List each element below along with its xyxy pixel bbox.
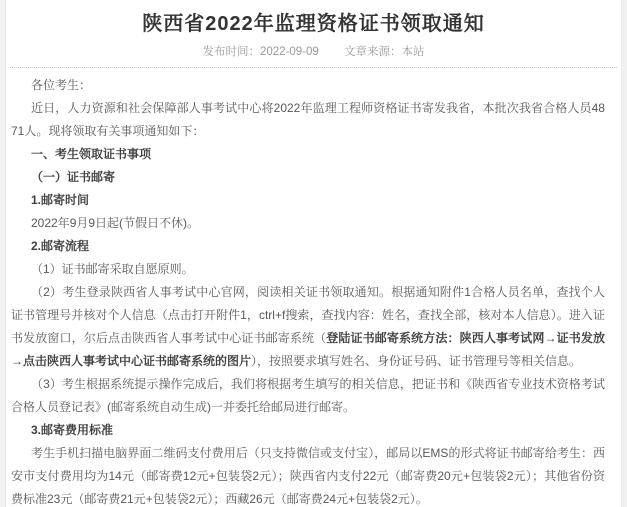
article-body: 各位考生：近日，人力资源和社会保障部人事考试中心将2022年监理工程师资格证书寄… [6,68,621,507]
article-paragraph: 3.邮寄费用标准 [11,419,605,442]
article-paragraph: 各位考生： [11,74,605,97]
article-meta: 发布时间：2022-09-09 文章来源：本站 [6,45,621,59]
paragraph-text: （3）考生根据系统提示操作完成后，我们将根据考生填写的相关信息，把证书和《陕西省… [11,377,605,414]
paragraph-bold-text: （一）证书邮寄 [31,170,115,184]
article-paragraph: （3）考生根据系统提示操作完成后，我们将根据考生填写的相关信息，把证书和《陕西省… [11,373,605,419]
article-paragraph: 2.邮寄流程 [11,235,605,258]
article-source: 文章来源：本站 [344,46,425,58]
article-paragraph: 1.邮寄时间 [11,189,605,212]
page-title: 陕西省2022年监理资格证书领取通知 [6,0,621,36]
article-paragraph: （一）证书邮寄 [11,166,605,189]
paragraph-bold-text: 一、考生领取证书事项 [31,147,151,161]
publish-time: 发布时间：2022-09-09 [202,46,318,58]
article-paragraph: 2022年9月9日起(节假日不休)。 [11,212,605,235]
article-card: 陕西省2022年监理资格证书领取通知 发布时间：2022-09-09 文章来源：… [5,0,622,507]
paragraph-text: 近日，人力资源和社会保障部人事考试中心将2022年监理工程师资格证书寄发我省，本… [11,101,605,138]
paragraph-text: （1）证书邮寄采取自愿原则。 [31,262,194,276]
article-paragraph: 一、考生领取证书事项 [11,143,605,166]
paragraph-bold-text: 3.邮寄费用标准 [31,423,113,437]
article-paragraph: （2）考生登录陕西省人事考试中心官网，阅读相关证书领取通知。根据通知附件1合格人… [11,281,605,373]
paragraph-text: ），按照要求填写姓名、身份证号码、证书管理号等相关信息。 [251,354,581,368]
paragraph-text: 考生手机扫描电脑界面二维码支付费用后（只支持微信或支付宝），邮局以EMS的形式将… [11,446,605,506]
paragraph-text: 各位考生： [31,78,91,92]
paragraph-bold-text: 1.邮寄时间 [31,193,89,207]
article-paragraph: 近日，人力资源和社会保障部人事考试中心将2022年监理工程师资格证书寄发我省，本… [11,97,605,143]
page: 陕西省2022年监理资格证书领取通知 发布时间：2022-09-09 文章来源：… [0,0,627,507]
paragraph-bold-text: 2.邮寄流程 [31,239,89,253]
article-paragraph: （1）证书邮寄采取自愿原则。 [11,258,605,281]
article-paragraph: 考生手机扫描电脑界面二维码支付费用后（只支持微信或支付宝），邮局以EMS的形式将… [11,442,605,507]
paragraph-text: 2022年9月9日起(节假日不休)。 [31,216,199,230]
